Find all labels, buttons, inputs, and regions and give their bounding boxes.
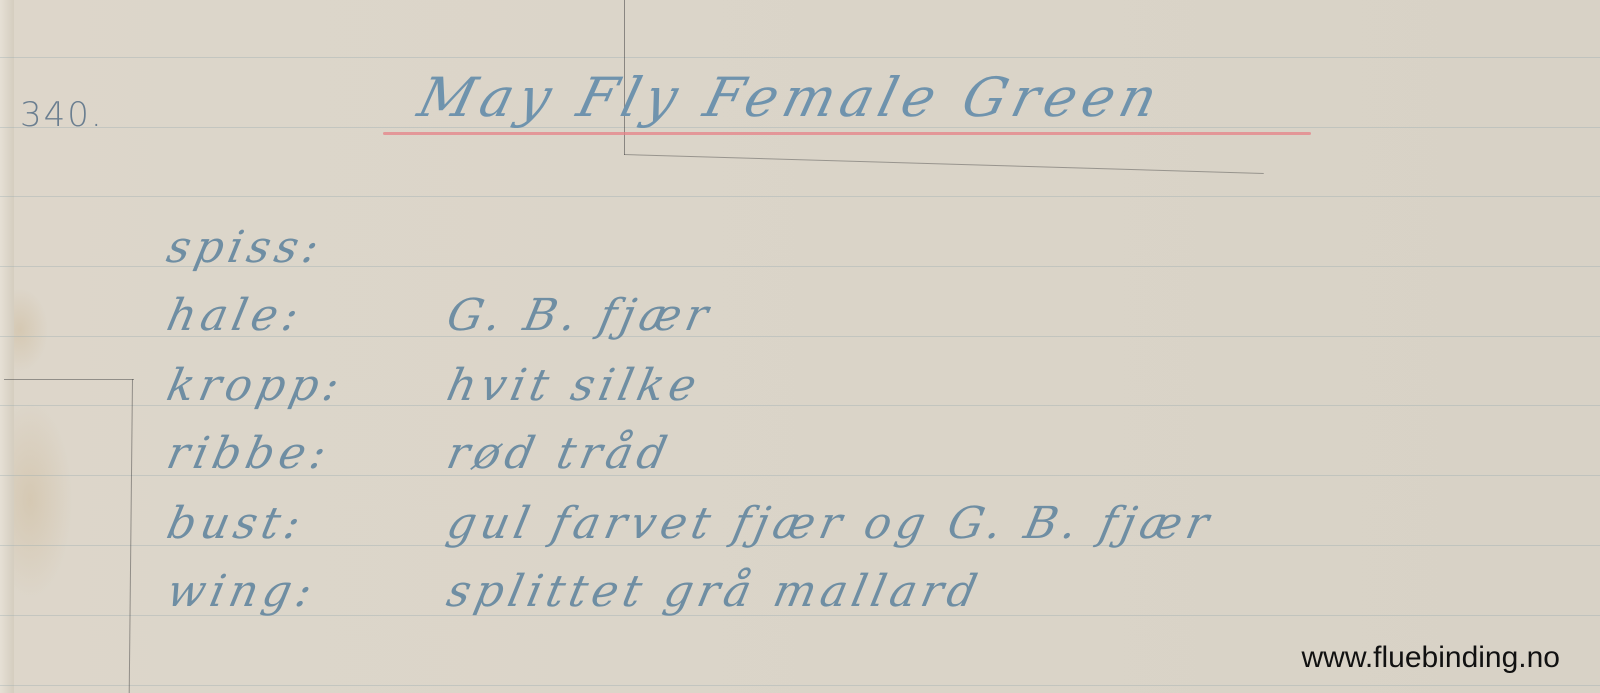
ruled-line xyxy=(0,685,1600,686)
field-value-ribbe: rød tråd xyxy=(443,428,677,479)
pencil-mark-horizontal xyxy=(624,154,1264,174)
ruled-line xyxy=(0,196,1600,197)
paper-page: 340. May Fly Female Green spiss: hale: G… xyxy=(0,0,1600,693)
pencil-mark-vertical xyxy=(129,379,133,693)
page-edge xyxy=(0,0,14,693)
page-title: May Fly Female Green xyxy=(412,66,1169,129)
field-label-bust: bust: xyxy=(163,498,310,549)
pencil-mark-horizontal xyxy=(4,379,134,380)
field-label-wing: wing: xyxy=(163,566,322,617)
field-label-spiss: spiss: xyxy=(163,222,329,273)
ruled-line xyxy=(0,57,1600,58)
field-value-wing: splittet grå mallard xyxy=(443,566,987,617)
title-underline xyxy=(383,132,1311,135)
entry-number: 340. xyxy=(20,95,104,135)
field-value-kropp: hvit silke xyxy=(443,360,706,411)
field-label-kropp: kropp: xyxy=(163,360,349,411)
field-value-bust: gul farvet fjær og G. B. fjær xyxy=(443,498,1219,549)
field-value-hale: G. B. fjær xyxy=(443,290,718,341)
field-label-hale: hale: xyxy=(163,290,308,341)
field-label-ribbe: ribbe: xyxy=(163,428,336,479)
watermark-url: www.fluebinding.no xyxy=(1301,641,1560,675)
